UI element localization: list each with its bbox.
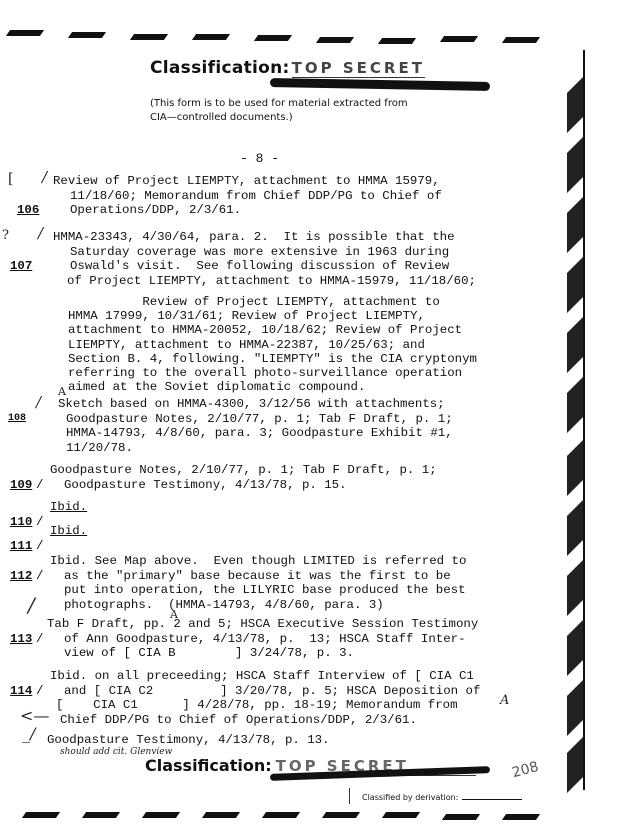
- border-line: [583, 50, 585, 790]
- footnote-number: 111: [10, 539, 32, 554]
- derivation-blank: [462, 799, 522, 800]
- hatch-mark: [378, 38, 416, 44]
- hatch-mark: [502, 814, 540, 820]
- footnote-number: 114: [10, 684, 32, 699]
- form-note: (This form is to be used for material ex…: [150, 97, 420, 125]
- classification-value: TOP SECRET: [292, 59, 425, 78]
- hatch-mark: [202, 812, 240, 818]
- hatch-mark: [442, 814, 480, 820]
- hatch-mark: [567, 440, 583, 496]
- footnote-number: 109: [10, 478, 32, 493]
- hatch-mark: [502, 37, 540, 43]
- hatch-mark: [322, 812, 360, 818]
- hatch-mark: [142, 812, 180, 818]
- derivation-field: Classified by derivation:: [362, 793, 522, 802]
- hatch-mark: [68, 32, 106, 38]
- hatch-mark: [440, 36, 478, 42]
- hatch-mark: [567, 257, 583, 313]
- hatch-mark: [6, 30, 44, 36]
- hatch-mark: [382, 812, 420, 818]
- hatch-mark: [316, 37, 354, 43]
- hatch-mark: [567, 77, 583, 133]
- footnote-goodpasture: _/ Goodpasture Testimony, 4/13/78, p. 13…: [0, 733, 15, 791]
- classification-label: Classification:: [145, 756, 272, 775]
- hatch-mark: [22, 812, 60, 818]
- hatch-mark: [567, 317, 583, 373]
- divider: [349, 788, 350, 804]
- footnote-number: 113: [10, 632, 32, 647]
- hatch-mark: [567, 620, 583, 676]
- hatch-mark: [254, 35, 292, 41]
- hatch-mark: [567, 680, 583, 736]
- hatch-mark: [192, 34, 230, 40]
- page-number: - 8 -: [240, 151, 279, 166]
- hatch-mark: [567, 560, 583, 616]
- derivation-label: Classified by derivation:: [362, 793, 458, 802]
- page-stamp: 208: [510, 759, 540, 781]
- footnote-number: 112: [10, 569, 32, 584]
- hatch-mark: [567, 377, 583, 433]
- hatch-mark: [567, 197, 583, 253]
- footnote-107-continuation: Review of Project LIEMPTY, attachment to…: [0, 295, 15, 412]
- classification-header: Classification:TOP SECRET: [150, 58, 425, 78]
- hatch-mark: [567, 737, 583, 793]
- redaction-mark: [270, 78, 490, 91]
- hatch-mark: [82, 812, 120, 818]
- footnote-number: 108: [8, 412, 26, 427]
- hatch-mark: [130, 34, 168, 40]
- hatch-mark: [567, 500, 583, 556]
- hatch-mark: [567, 137, 583, 193]
- hatch-mark: [262, 812, 300, 818]
- footnote-number: 106: [17, 203, 39, 218]
- classification-label: Classification:: [150, 58, 290, 78]
- footnote-number: 107: [10, 259, 32, 274]
